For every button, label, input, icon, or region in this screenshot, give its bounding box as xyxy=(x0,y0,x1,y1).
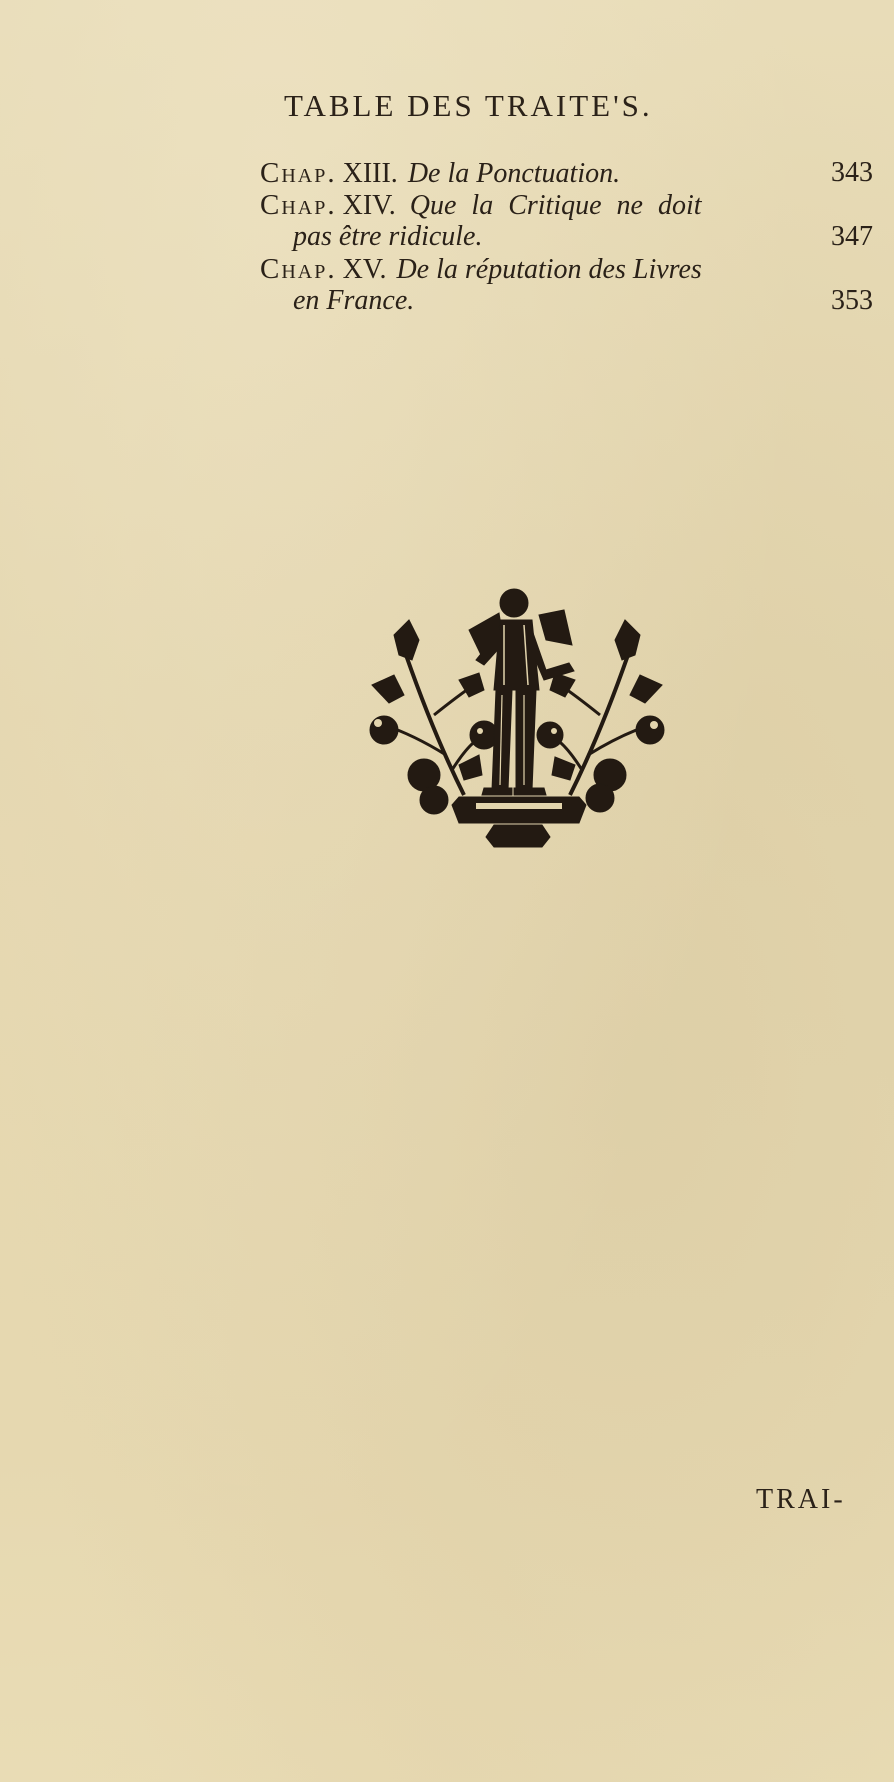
chapter-label: Chap. xyxy=(260,157,337,189)
toc-entry-line: Chap.XV.De la réputation des Livres xyxy=(260,253,873,285)
chapter-number: XIV. xyxy=(343,190,396,221)
book-page: TABLE DES TRAITE'S. Chap.XIII.De la Ponc… xyxy=(0,0,894,1782)
toc-entry-chapter-15: Chap.XV.De la réputation des Livres en F… xyxy=(260,253,873,317)
chapter-label: Chap. xyxy=(260,253,337,285)
chapter-title-continued: en France. xyxy=(293,285,414,316)
page-number: 353 xyxy=(831,285,873,317)
toc-entry-continuation: pas être ridicule. 347 xyxy=(260,221,873,253)
toc-entry-chapter-14: Chap.XIV.Que la Critique ne doit pas êtr… xyxy=(260,189,873,253)
toc-entry-line: Chap.XIII.De la Ponctuation. 343 xyxy=(260,157,873,189)
table-of-contents: Chap.XIII.De la Ponctuation. 343 Chap.XI… xyxy=(260,157,873,317)
catchword: TRAI- xyxy=(756,1484,846,1516)
chapter-title: Que la Critique ne doit xyxy=(410,190,702,221)
chapter-title: De la Ponctuation. xyxy=(408,158,620,189)
page-number: 343 xyxy=(831,157,873,189)
running-head: TABLE DES TRAITE'S. xyxy=(284,88,653,124)
toc-entry-continuation: en France. 353 xyxy=(260,285,873,317)
printers-ornament-icon xyxy=(364,585,670,855)
chapter-title-continued: pas être ridicule. xyxy=(293,221,482,252)
chapter-title: De la réputation des Livres xyxy=(396,254,701,285)
page-number: 347 xyxy=(831,221,873,253)
chapter-number: XIII. xyxy=(343,158,398,189)
toc-entry-chapter-13: Chap.XIII.De la Ponctuation. 343 xyxy=(260,157,873,189)
chapter-label: Chap. xyxy=(260,189,337,221)
toc-entry-line: Chap.XIV.Que la Critique ne doit xyxy=(260,189,873,221)
chapter-number: XV. xyxy=(343,254,387,285)
